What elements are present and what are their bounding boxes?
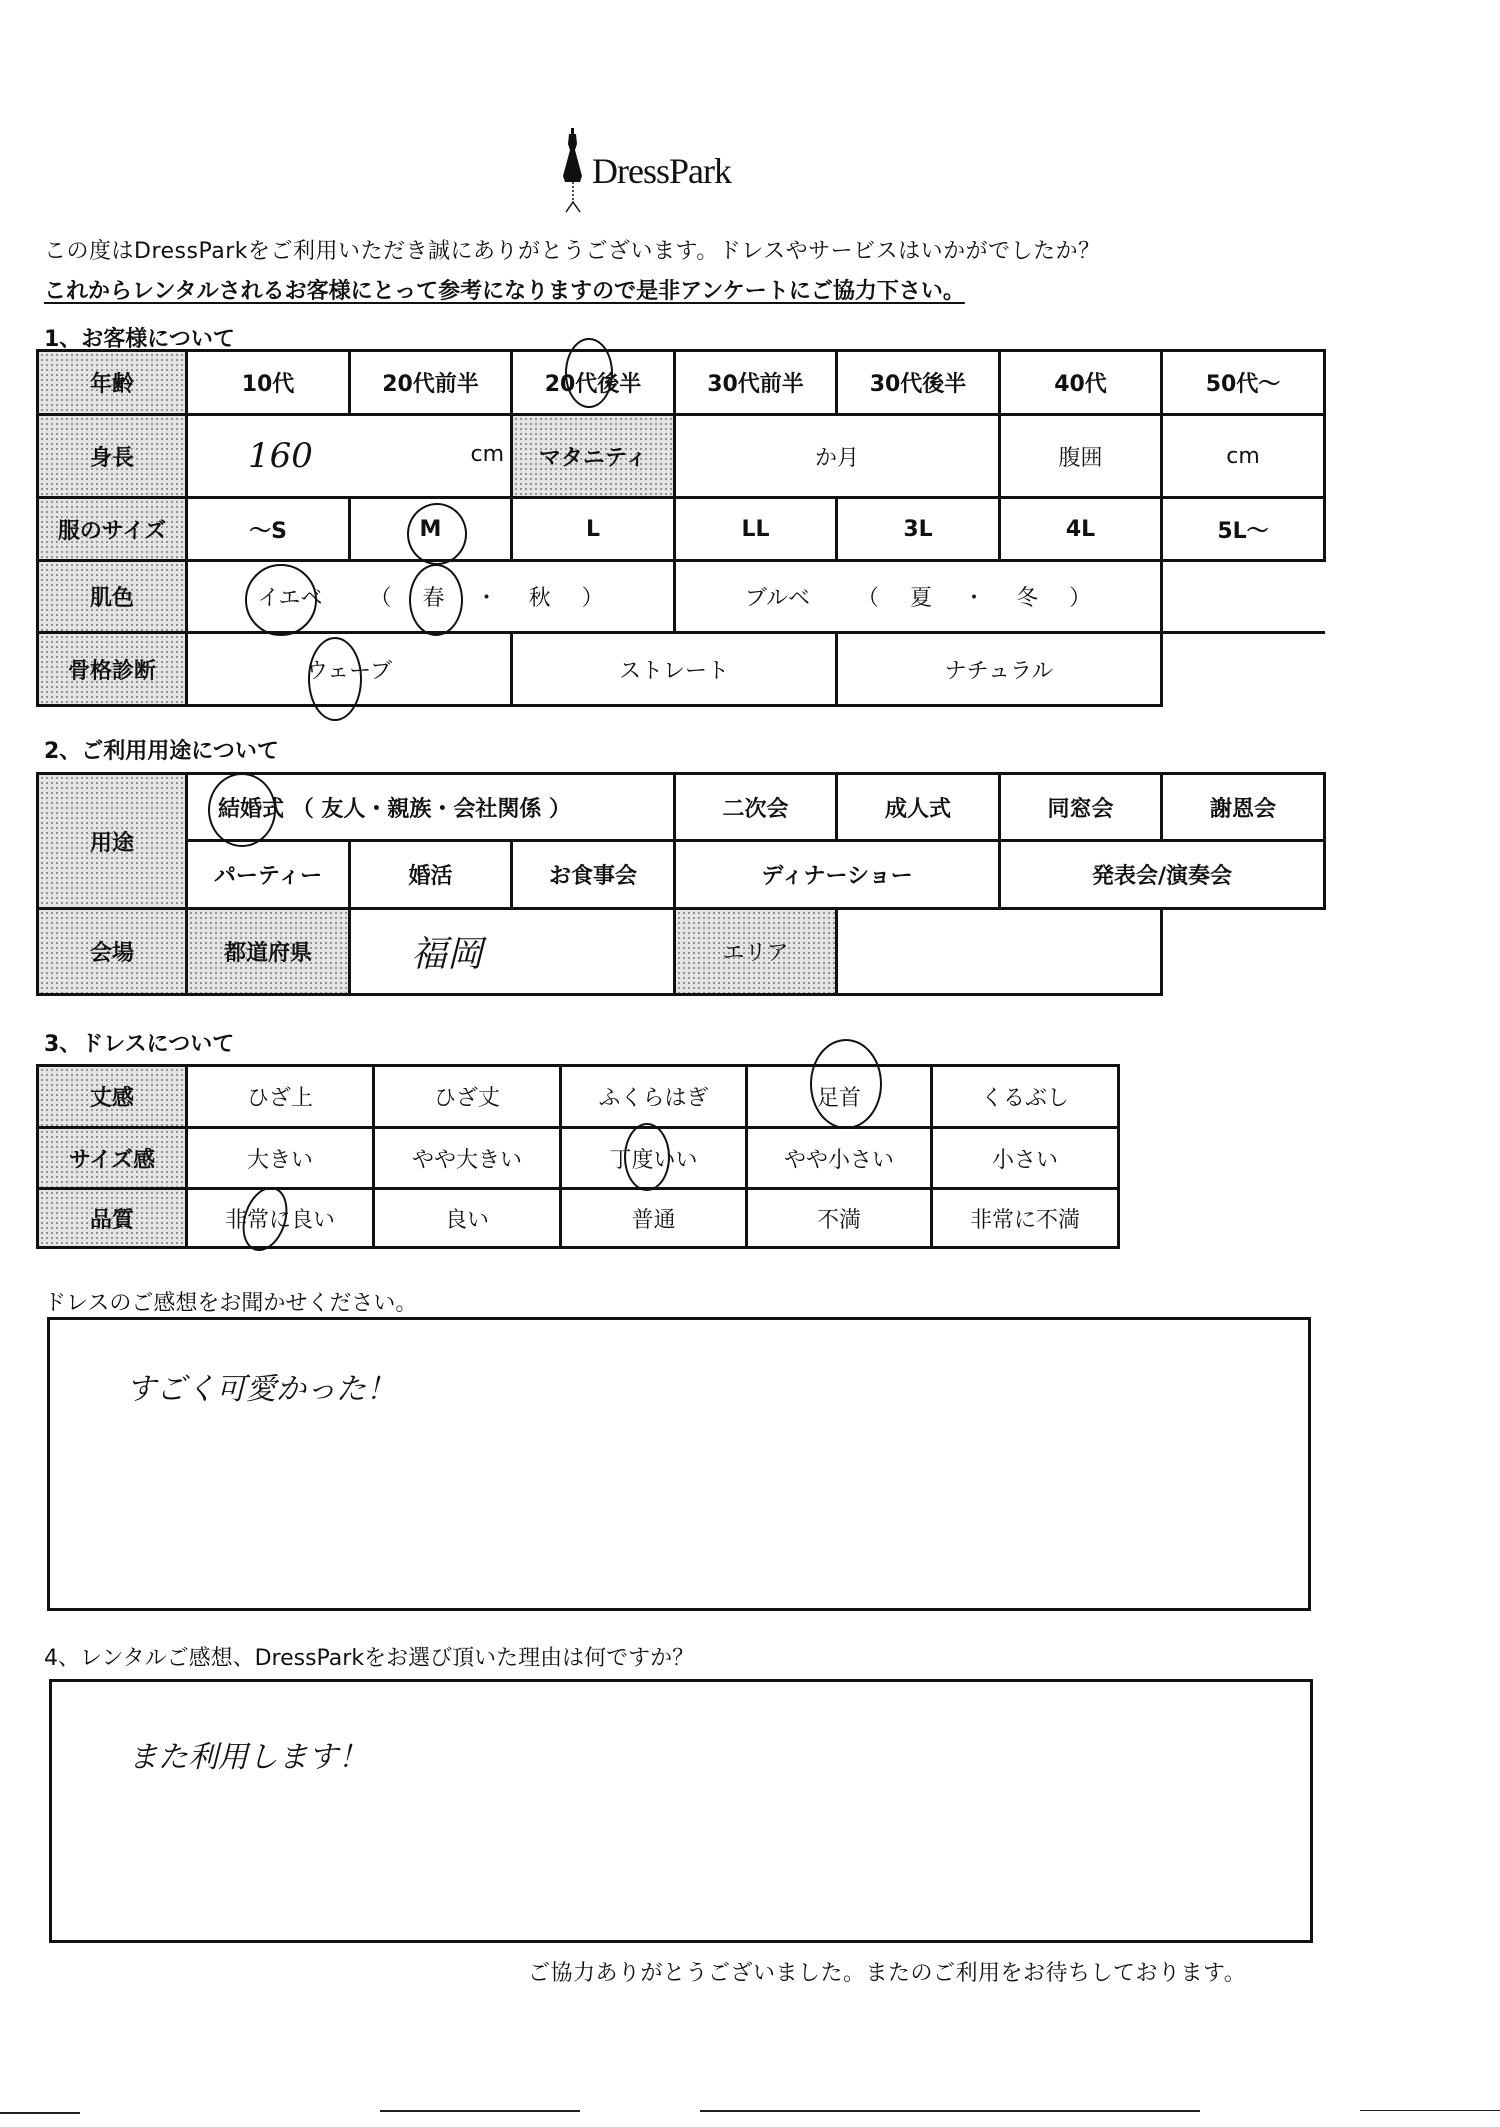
skin-label: 肌色 [38,561,187,633]
length-option-selected[interactable]: 足首 [747,1066,932,1128]
brand-logo: DressPark [560,128,731,214]
body-type-option[interactable]: ストレート [512,633,837,706]
empty-cell [1162,633,1325,706]
paren: （ [370,586,392,611]
age-option[interactable]: 50代～ [1162,351,1325,415]
wedding-detail: （ 友人・親族・会社関係 ） [292,797,571,822]
fit-option[interactable]: やや大きい [374,1128,561,1189]
section4-title: 4、レンタルご感想、DressParkをお選び頂いた理由は何ですか？ [44,1641,694,1672]
yellow-base-option[interactable]: イエベ （ 春 ・ 秋 ） [187,561,675,633]
months-unit: か月 [815,446,859,471]
fit-option[interactable]: やや小さい [747,1128,932,1189]
purpose-option[interactable]: 婚活 [350,841,512,909]
quality-option-selected[interactable]: 非常に良い [187,1189,374,1248]
quality-option-label: 非常に良い [225,1208,335,1233]
size-option[interactable]: LL [675,498,837,561]
quality-row: 品質 非常に良い 良い 普通 不満 非常に不満 [38,1189,1119,1248]
size-option[interactable]: 5L～ [1162,498,1325,561]
dress-icon [560,128,586,214]
skin-row: 肌色 イエベ （ 春 ・ 秋 ） ブルベ （ 夏 ・ 冬 ） [38,561,1325,633]
yellow-base-label: イエベ [257,586,322,611]
height-row: 身長 160 cm マタニティ か月 腹囲 cm [38,415,1325,498]
size-option[interactable]: 4L [1000,498,1162,561]
purpose-option[interactable]: 成人式 [837,774,1000,841]
size-label: 服のサイズ [38,498,187,561]
separator: ・ [963,586,985,611]
purpose-table: 用途 結婚式 （ 友人・親族・会社関係 ） 二次会 成人式 同窓会 謝恩会 パー… [36,772,1326,996]
dress-comment-value: すごく可愛かった！ [126,1364,396,1408]
size-option[interactable]: L [512,498,675,561]
area-label: エリア [675,909,837,995]
length-label: 丈感 [38,1066,187,1128]
purpose-option[interactable]: ディナーショー [675,841,1000,909]
purpose-option[interactable]: お食事会 [512,841,675,909]
body-type-label-text: ウェーブ [306,659,392,684]
maternity-months-field[interactable]: か月 [675,415,1000,498]
scan-artifact [1360,2110,1500,2111]
paren: ） [1069,586,1091,611]
blue-base-label: ブルベ [745,586,810,611]
purpose-option[interactable]: 二次会 [675,774,837,841]
spring-option[interactable]: 春 [423,586,445,611]
purpose-option[interactable]: 発表会/演奏会 [1000,841,1325,909]
area-field[interactable] [837,909,1162,995]
age-option[interactable]: 40代 [1000,351,1162,415]
quality-option[interactable]: 非常に不満 [932,1189,1119,1248]
length-option[interactable]: ひざ上 [187,1066,374,1128]
dress-table: 丈感 ひざ上 ひざ丈 ふくらはぎ 足首 くるぶし サイズ感 大きい やや大きい … [36,1064,1120,1249]
body-type-row: 骨格診断 ウェーブ ストレート ナチュラル [38,633,1325,706]
summer-option[interactable]: 夏 [910,586,932,611]
size-option[interactable]: 3L [837,498,1000,561]
height-value: 160 [248,436,313,476]
footer-thanks: ご協力ありがとうございました。またのご利用をお待ちしております。 [528,1956,1246,1987]
length-option[interactable]: くるぶし [932,1066,1119,1128]
age-label: 年齢 [38,351,187,415]
length-row: 丈感 ひざ上 ひざ丈 ふくらはぎ 足首 くるぶし [38,1066,1119,1128]
length-option[interactable]: ふくらはぎ [561,1066,747,1128]
prefecture-label: 都道府県 [187,909,350,995]
scan-artifact [700,2110,1200,2112]
size-option-label: M [420,517,442,542]
intro-request: これからレンタルされるお客様にとって参考になりますので是非アンケートにご協力下さ… [44,274,965,305]
purpose-row-1: 用途 結婚式 （ 友人・親族・会社関係 ） 二次会 成人式 同窓会 謝恩会 [38,774,1325,841]
body-type-option[interactable]: ナチュラル [837,633,1162,706]
wedding-label: 結婚式 [218,797,284,822]
body-type-option-selected[interactable]: ウェーブ [187,633,512,706]
size-option-selected[interactable]: M [350,498,512,561]
blue-base-option[interactable]: ブルベ （ 夏 ・ 冬 ） [675,561,1162,633]
prefecture-field[interactable]: 福岡 [350,909,675,995]
height-label: 身長 [38,415,187,498]
prefecture-value: 福岡 [411,934,483,975]
scan-artifact [380,2110,580,2112]
purpose-label: 用途 [38,774,187,909]
venue-label: 会場 [38,909,187,995]
height-unit: cm [470,442,504,467]
quality-option[interactable]: 普通 [561,1189,747,1248]
age-option-selected[interactable]: 20代後半 [512,351,675,415]
fit-option[interactable]: 小さい [932,1128,1119,1189]
waist-unit: cm [1226,444,1260,469]
quality-label: 品質 [38,1189,187,1248]
rental-comment-box[interactable]: また利用します！ [49,1679,1313,1943]
purpose-row-2: パーティー 婚活 お食事会 ディナーショー 発表会/演奏会 [38,841,1325,909]
empty-cell [1162,909,1325,995]
age-option[interactable]: 20代前半 [350,351,512,415]
customer-table: 年齢 10代 20代前半 20代後半 30代前半 30代後半 40代 50代～ … [36,349,1326,707]
age-option-label: 20代後半 [545,372,642,397]
age-option[interactable]: 10代 [187,351,350,415]
paren: ） [582,586,604,611]
venue-row: 会場 都道府県 福岡 エリア [38,909,1325,995]
fit-option-selected[interactable]: 丁度いい [561,1128,747,1189]
age-option[interactable]: 30代前半 [675,351,837,415]
separator: ・ [476,586,498,611]
waist-field[interactable]: cm [1162,415,1325,498]
age-option[interactable]: 30代後半 [837,351,1000,415]
dress-comment-box[interactable]: すごく可愛かった！ [47,1317,1311,1611]
purpose-option[interactable]: 謝恩会 [1162,774,1325,841]
waist-label: 腹囲 [1000,415,1162,498]
quality-option[interactable]: 良い [374,1189,561,1248]
quality-option[interactable]: 不満 [747,1189,932,1248]
section3-title: 3、ドレスについて [44,1027,234,1058]
intro-text: この度はDressParkをご利用いただき誠にありがとうございます。ドレスやサー… [44,234,1101,265]
size-row: 服のサイズ ～S M L LL 3L 4L 5L～ [38,498,1325,561]
height-field[interactable]: 160 cm [187,415,512,498]
fit-option[interactable]: 大きい [187,1128,374,1189]
selection-circle [810,1039,882,1129]
purpose-option[interactable]: 同窓会 [1000,774,1162,841]
body-type-label: 骨格診断 [38,633,187,706]
autumn-option[interactable]: 秋 [529,586,551,611]
empty-cell [1162,561,1325,633]
brand-name: DressPark [592,150,731,192]
fit-row: サイズ感 大きい やや大きい 丁度いい やや小さい 小さい [38,1128,1119,1189]
winter-option[interactable]: 冬 [1016,586,1038,611]
wedding-option-selected[interactable]: 結婚式 （ 友人・親族・会社関係 ） [187,774,675,841]
fit-option-label: 丁度いい [609,1148,697,1173]
maternity-label: マタニティ [512,415,675,498]
size-option[interactable]: ～S [187,498,350,561]
dress-comment-prompt: ドレスのご感想をお聞かせください。 [44,1286,417,1317]
length-option[interactable]: ひざ丈 [374,1066,561,1128]
age-row: 年齢 10代 20代前半 20代後半 30代前半 30代後半 40代 50代～ [38,351,1325,415]
scan-artifact [0,2112,80,2114]
purpose-option[interactable]: パーティー [187,841,350,909]
length-option-label: 足首 [817,1086,861,1111]
rental-comment-value: また利用します！ [128,1732,368,1776]
section2-title: 2、ご利用用途について [44,734,279,765]
fit-label: サイズ感 [38,1128,187,1189]
paren: （ [857,586,879,611]
